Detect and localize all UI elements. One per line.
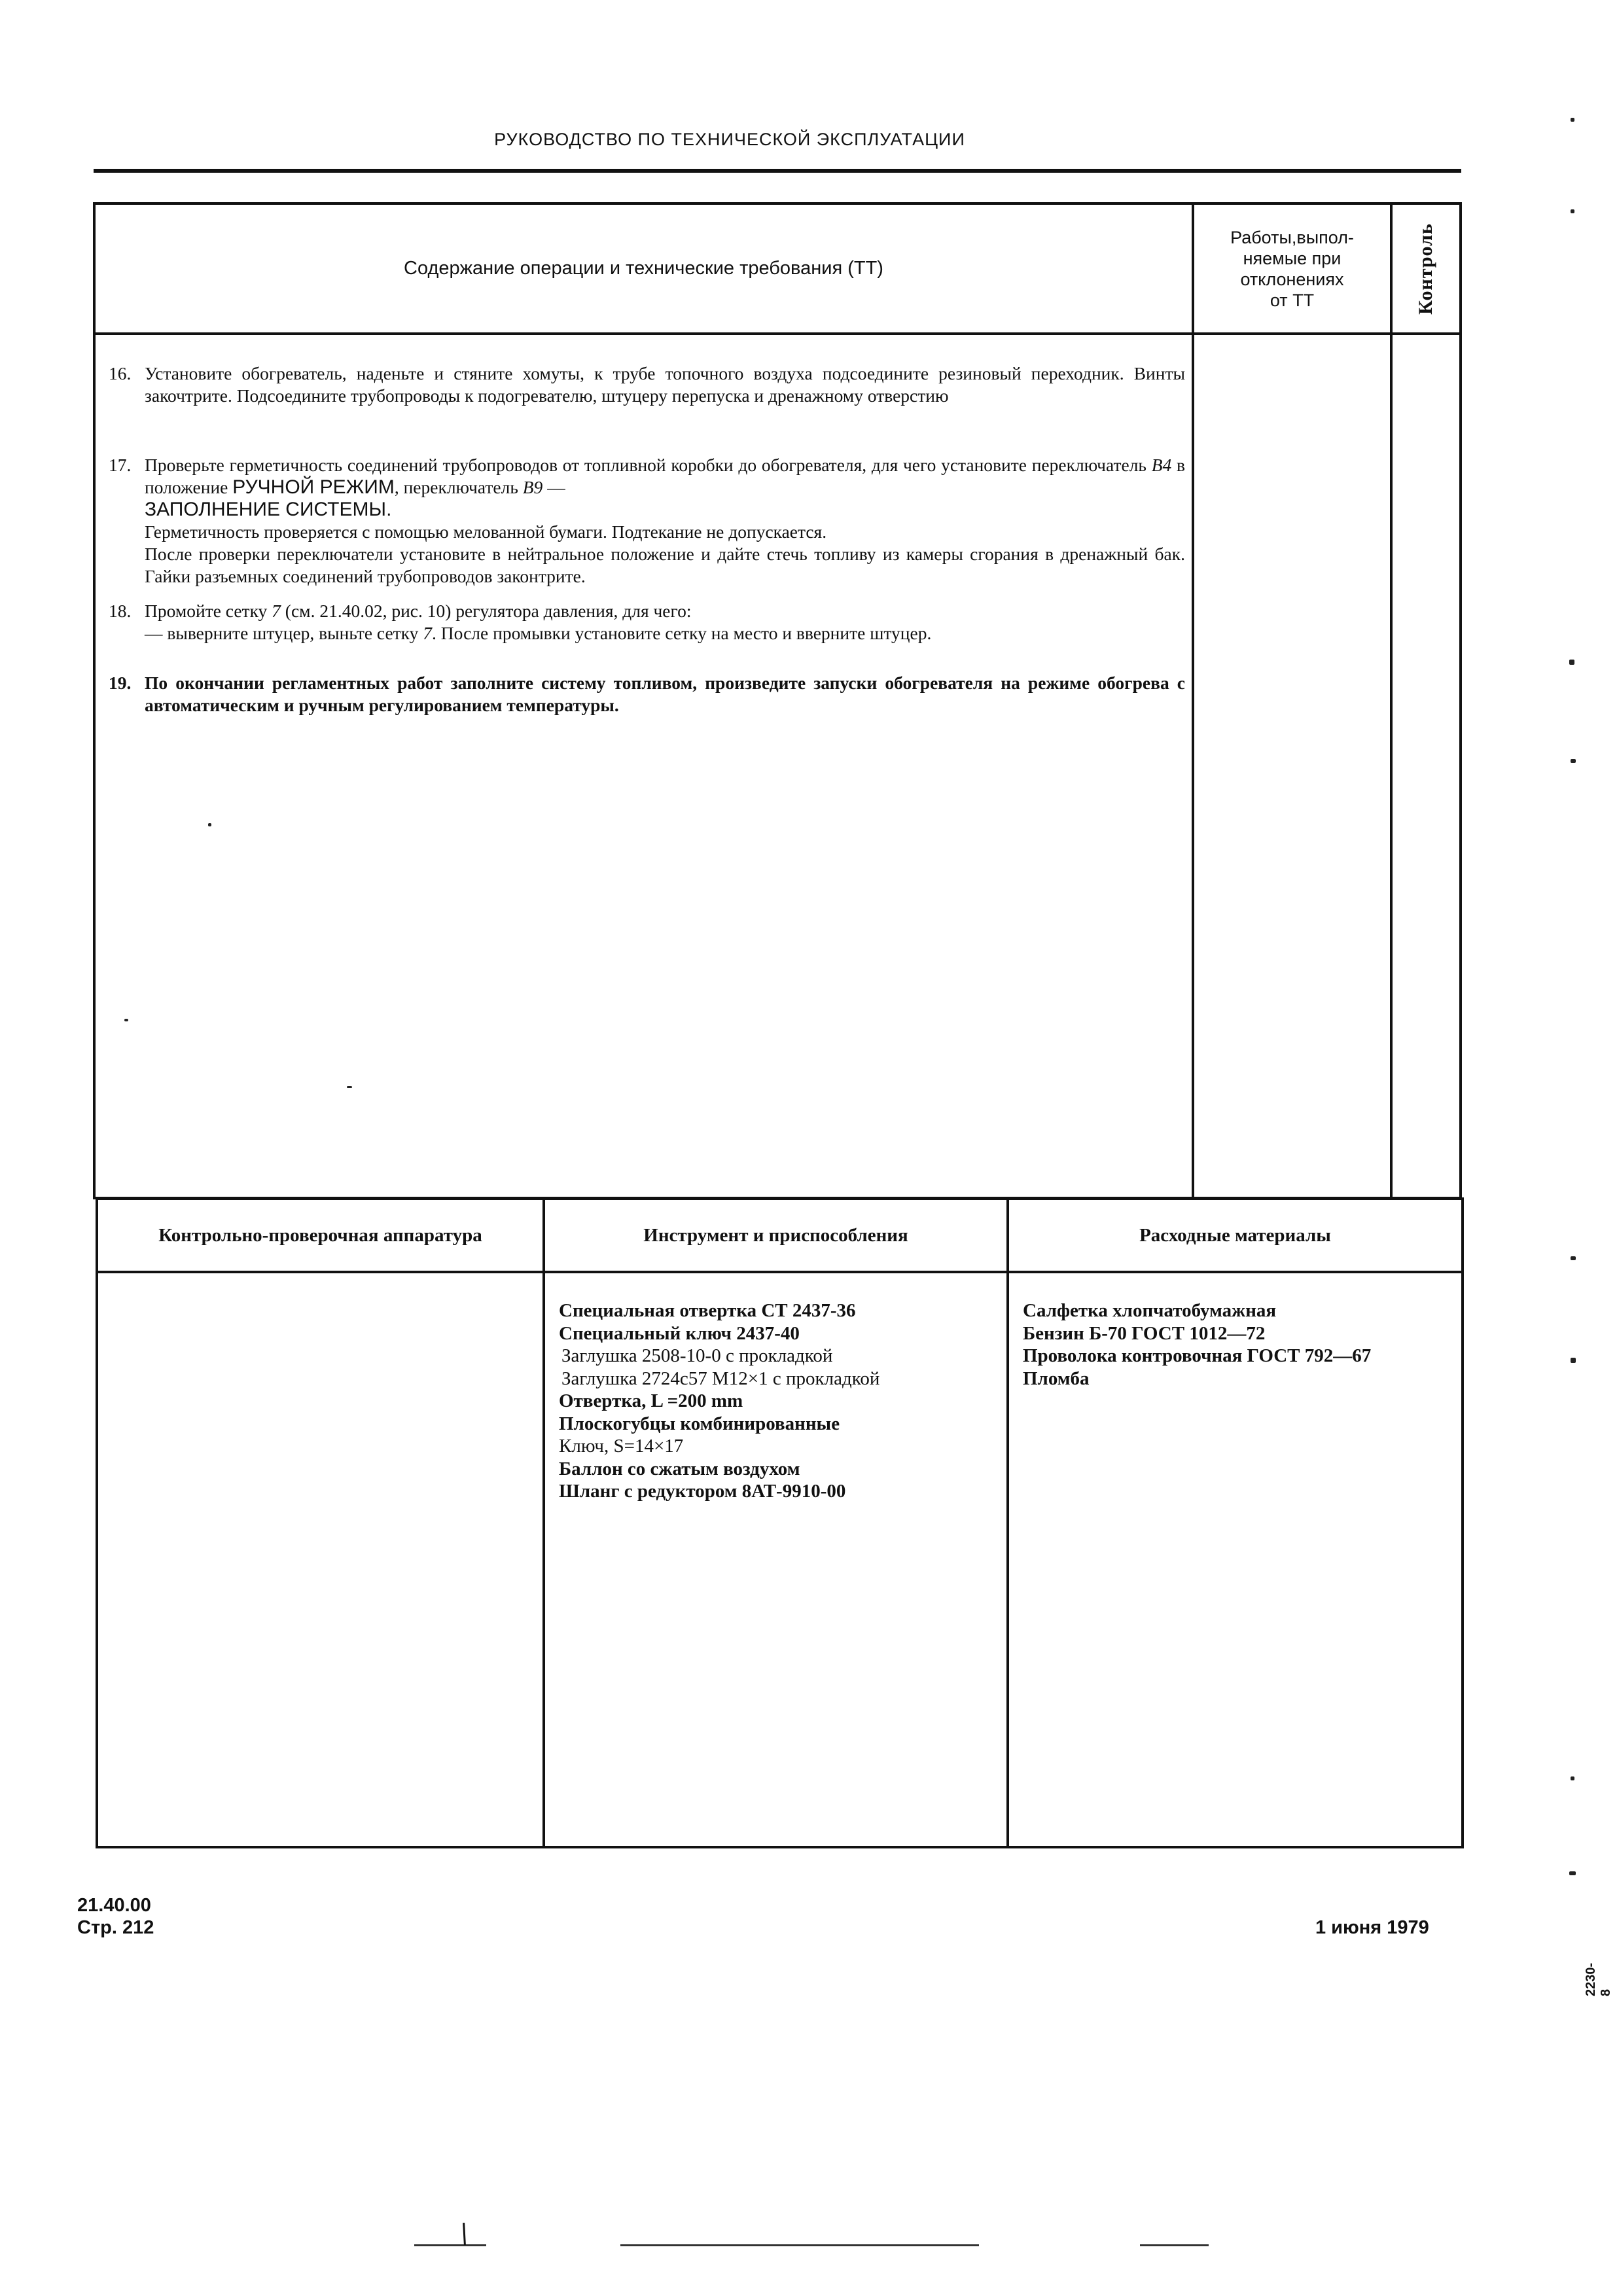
step-note: После проверки переключатели установите … (145, 544, 1185, 586)
step-text: По окончании регламентных работ заполнит… (145, 672, 1185, 716)
step-text-fragment: — (542, 477, 565, 497)
column-header-control: Контроль (1393, 205, 1459, 332)
mode-label: ЗАПОЛНЕНИЕ СИСТЕМЫ. (145, 499, 391, 520)
scan-speck (1569, 660, 1574, 665)
step-number: 18. (109, 600, 131, 622)
scan-speck (1571, 118, 1574, 122)
tool-item: Плоскогубцы комбинированные (559, 1413, 880, 1436)
side-stamp: 2230-8 (1584, 1960, 1614, 1996)
step-text-fragment: Промойте сетку (145, 601, 272, 621)
tools-list: Специальная отвертка СТ 2437-36 Специаль… (559, 1299, 880, 1503)
tool-item: Отвертка, L =200 mm (559, 1390, 880, 1413)
item-reference: 7 (423, 623, 432, 643)
column-header-deviation-works: Работы,выпол- няемые при отклонениях от … (1194, 205, 1390, 332)
scan-speck (347, 1086, 352, 1088)
step-text: Проверьте герметичность соединений трубо… (145, 454, 1185, 588)
consumables-list: Салфетка хлопчатобумажная Бензин Б-70 ГО… (1023, 1299, 1371, 1390)
item-reference: 7 (272, 601, 281, 621)
step-text-fragment: Проверьте герметичность соединений трубо… (145, 455, 1152, 475)
step-18: 18. Промойте сетку 7 (см. 21.40.02, рис.… (109, 600, 1185, 645)
header-rule (94, 169, 1461, 173)
step-note: Герметичность проверяется с помощью мело… (145, 521, 826, 542)
scan-speck (1571, 209, 1574, 213)
step-number: 19. (109, 672, 131, 694)
tool-item: Специальный ключ 2437-40 (559, 1322, 880, 1345)
consumable-item: Пломба (1023, 1368, 1371, 1390)
operations-table-header: Содержание операции и технические требов… (96, 205, 1459, 335)
column-header-tools: Инструмент и приспособления (545, 1200, 1006, 1271)
section-code: 21.40.00 (77, 1894, 154, 1916)
step-text-fragment: , переключатель (395, 477, 523, 497)
bottom-rule (414, 2244, 486, 2246)
tool-item: Баллон со сжатым воздухом (559, 1458, 880, 1481)
column-header-consumables: Расходные материалы (1009, 1200, 1461, 1271)
switch-label: В4 (1152, 455, 1172, 475)
scan-speck (1571, 759, 1576, 763)
consumable-item: Бензин Б-70 ГОСТ 1012—72 (1023, 1322, 1371, 1345)
tool-item: Ключ, S=14×17 (559, 1435, 880, 1458)
step-16: 16. Установите обогреватель, наденьте и … (109, 362, 1185, 407)
scan-speck (1571, 1256, 1576, 1260)
scan-speck (1571, 1776, 1574, 1780)
scan-speck (1569, 1871, 1576, 1875)
bottom-tick (463, 2223, 466, 2245)
column-header-control-label: Контроль (1415, 223, 1437, 315)
consumable-item: Проволока контровочная ГОСТ 792—67 (1023, 1345, 1371, 1368)
scan-speck (1571, 1358, 1576, 1363)
substep-text: . После промывки установите сетку на мес… (432, 623, 931, 643)
column-divider (1390, 205, 1393, 1197)
footer-date: 1 июня 1979 (1315, 1917, 1429, 1939)
step-number: 17. (109, 454, 131, 476)
column-divider (1192, 205, 1194, 1197)
running-title: РУКОВОДСТВО ПО ТЕХНИЧЕСКОЙ ЭКСПЛУАТАЦИИ (0, 130, 1459, 150)
step-19: 19. По окончании регламентных работ запо… (109, 672, 1185, 716)
step-17: 17. Проверьте герметичность соединений т… (109, 454, 1185, 588)
column-header-content: Содержание операции и технические требов… (96, 205, 1192, 332)
page-number: Стр. 212 (77, 1916, 154, 1939)
header-rule (98, 1271, 1461, 1273)
column-divider (1006, 1200, 1009, 1846)
footer-left: 21.40.00 Стр. 212 (77, 1894, 154, 1939)
bottom-rule (620, 2244, 979, 2246)
step-text: Установите обогреватель, наденьте и стян… (145, 362, 1185, 407)
tool-item: Шланг с редуктором 8АТ-9910-00 (559, 1480, 880, 1503)
consumable-item: Салфетка хлопчатобумажная (1023, 1299, 1371, 1322)
scan-speck (208, 823, 211, 826)
step-number: 16. (109, 362, 131, 385)
scan-speck (124, 1019, 128, 1021)
substep-text: — выверните штуцер, выньте сетку (145, 623, 423, 643)
tool-item: Заглушка 2508-10-0 с прокладкой (561, 1345, 880, 1368)
switch-label: В9 (523, 477, 543, 497)
bottom-rule (1140, 2244, 1209, 2246)
operations-table: Содержание операции и технические требов… (93, 202, 1462, 1199)
column-divider (542, 1200, 545, 1846)
tool-item: Специальная отвертка СТ 2437-36 (559, 1299, 880, 1322)
step-text-fragment: (см. 21.40.02, рис. 10) регулятора давле… (281, 601, 692, 621)
column-header-test-equipment: Контрольно-проверочная аппаратура (98, 1200, 542, 1271)
mode-label: РУЧНОЙ РЕЖИМ (232, 476, 395, 498)
resources-table: Контрольно-проверочная аппаратура Инстру… (96, 1197, 1464, 1848)
step-text: Промойте сетку 7 (см. 21.40.02, рис. 10)… (145, 600, 1185, 645)
tool-item: Заглушка 2724с57 М12×1 с прокладкой (561, 1368, 880, 1390)
